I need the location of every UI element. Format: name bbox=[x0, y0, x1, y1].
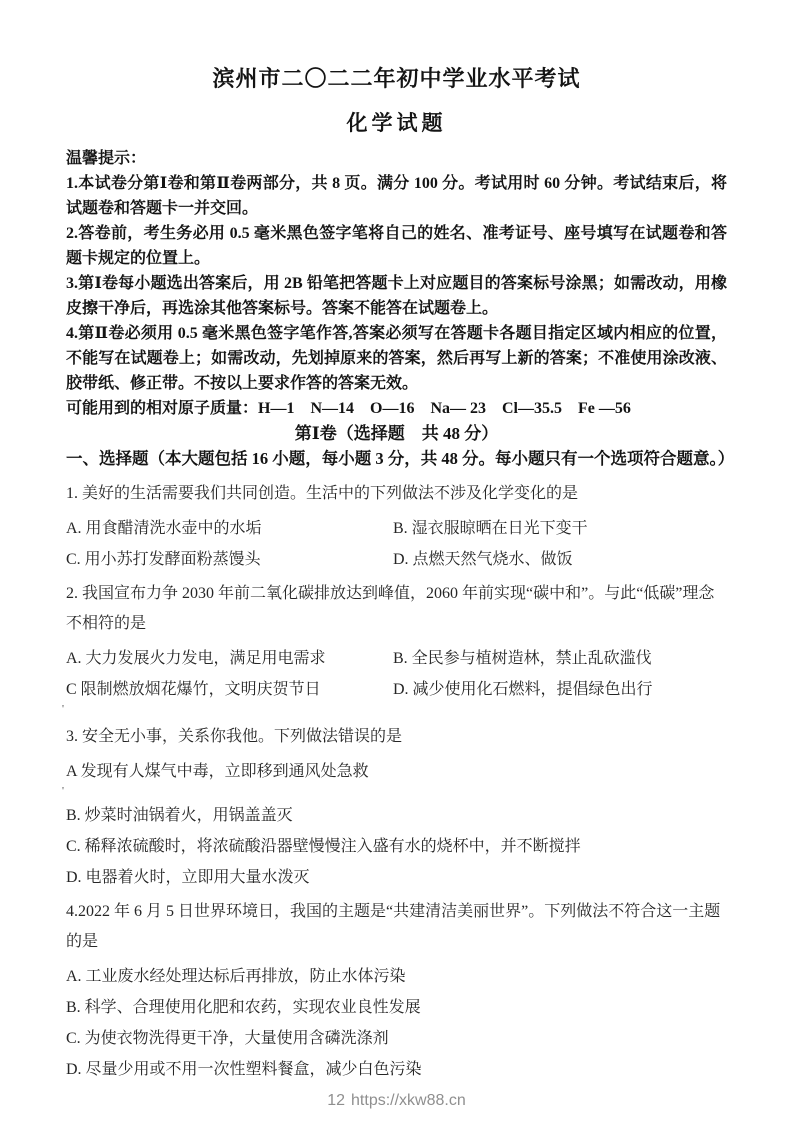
option-item: C 限制燃放烟花爆竹，文明庆贺节日 bbox=[66, 679, 393, 701]
option-item: D. 点燃天然气烧水、做饭 bbox=[393, 549, 727, 571]
doc-subtitle: 化学试题 bbox=[66, 110, 727, 136]
option-item: B. 炒菜时油锅着火，用锅盖盖灭 bbox=[66, 805, 727, 827]
scan-artifact: ' bbox=[62, 704, 727, 714]
question-stem: 3. 安全无小事，关系你我他。下列做法错误的是 bbox=[66, 722, 727, 752]
option-row: C. 用小苏打发酵面粉蒸馒头D. 点燃天然气烧水、做饭 bbox=[66, 549, 727, 571]
notice-heading: 温馨提示： bbox=[66, 146, 727, 171]
option-item: A. 用食醋清洗水壶中的水垢 bbox=[66, 518, 393, 540]
question-block: 1. 美好的生活需要我们共同创造。生活中的下列做法不涉及化学变化的是A. 用食醋… bbox=[66, 479, 727, 571]
option-item: B. 科学、合理使用化肥和农药，实现农业良性发展 bbox=[66, 997, 727, 1019]
question-block: 3. 安全无小事，关系你我他。下列做法错误的是A 发现有人煤气中毒，立即移到通风… bbox=[66, 722, 727, 889]
option-item: B. 湿衣服晾晒在日光下变干 bbox=[393, 518, 727, 540]
notice-item: 3.第Ⅰ卷每小题选出答案后，用 2B 铅笔把答题卡上对应题目的答案标号涂黑；如需… bbox=[66, 271, 727, 321]
section-heading: 第Ⅰ卷（选择题 共 48 分） bbox=[66, 421, 727, 447]
question-block: 2. 我国宣布力争 2030 年前二氧化碳排放达到峰值，2060 年前实现“碳中… bbox=[66, 579, 727, 714]
question-stem: 2. 我国宣布力争 2030 年前二氧化碳排放达到峰值，2060 年前实现“碳中… bbox=[66, 579, 727, 639]
questions-list: 1. 美好的生活需要我们共同创造。生活中的下列做法不涉及化学变化的是A. 用食醋… bbox=[66, 479, 727, 1081]
option-row: A. 大力发展火力发电，满足用电需求B. 全民参与植树造林，禁止乱砍滥伐 bbox=[66, 648, 727, 670]
option-item: D. 减少使用化石燃料，提倡绿色出行 bbox=[393, 679, 727, 701]
question-stem: 1. 美好的生活需要我们共同创造。生活中的下列做法不涉及化学变化的是 bbox=[66, 479, 727, 509]
option-item: C. 为使衣物洗得更干净，大量使用含磷洗涤剂 bbox=[66, 1028, 727, 1050]
watermark-url: https://xkw88.cn bbox=[351, 1092, 466, 1109]
atomic-mass-line: 可能用到的相对原子质量：H—1 N—14 O—16 Na— 23 Cl—35.5… bbox=[66, 396, 727, 421]
option-row: A. 用食醋清洗水壶中的水垢B. 湿衣服晾晒在日光下变干 bbox=[66, 518, 727, 540]
option-item: B. 全民参与植树造林，禁止乱砍滥伐 bbox=[393, 648, 727, 670]
option-item: A. 工业废水经处理达标后再排放，防止水体污染 bbox=[66, 966, 727, 988]
option-item: C. 用小苏打发酵面粉蒸馒头 bbox=[66, 549, 393, 571]
option-item: A. 大力发展火力发电，满足用电需求 bbox=[66, 648, 393, 670]
option-item: A 发现有人煤气中毒，立即移到通风处急救 bbox=[66, 761, 727, 783]
option-row: C 限制燃放烟花爆竹，文明庆贺节日D. 减少使用化石燃料，提倡绿色出行 bbox=[66, 679, 727, 701]
question-block: 4.2022 年 6 月 5 日世界环境日，我国的主题是“共建清洁美丽世界”。下… bbox=[66, 897, 727, 1081]
page-title: 滨州市二〇二二年初中学业水平考试 bbox=[66, 66, 727, 92]
page-footer: 12https://xkw88.cn bbox=[0, 1092, 793, 1110]
notice-item: 1.本试卷分第Ⅰ卷和第Ⅱ卷两部分，共 8 页。满分 100 分。考试用时 60 … bbox=[66, 171, 727, 221]
option-item: C. 稀释浓硫酸时，将浓硫酸沿器壁慢慢注入盛有水的烧杯中，并不断搅拌 bbox=[66, 836, 727, 858]
scan-artifact: ' bbox=[62, 786, 727, 796]
page-number: 12 bbox=[327, 1092, 345, 1109]
option-item: D. 电器着火时，立即用大量水泼灭 bbox=[66, 867, 727, 889]
exam-page: 滨州市二〇二二年初中学业水平考试 化学试题 温馨提示： 1.本试卷分第Ⅰ卷和第Ⅱ… bbox=[0, 0, 793, 1122]
notice-item: 4.第Ⅱ卷必须用 0.5 毫米黑色签字笔作答,答案必须写在答题卡各题目指定区域内… bbox=[66, 321, 727, 396]
notice-item: 2.答卷前，考生务必用 0.5 毫米黑色签字笔将自己的姓名、准考证号、座号填写在… bbox=[66, 221, 727, 271]
part-heading: 一、选择题（本大题包括 16 小题，每小题 3 分，共 48 分。每小题只有一个… bbox=[66, 447, 727, 471]
option-item: D. 尽量少用或不用一次性塑料餐盒，减少白色污染 bbox=[66, 1059, 727, 1081]
question-stem: 4.2022 年 6 月 5 日世界环境日，我国的主题是“共建清洁美丽世界”。下… bbox=[66, 897, 727, 957]
